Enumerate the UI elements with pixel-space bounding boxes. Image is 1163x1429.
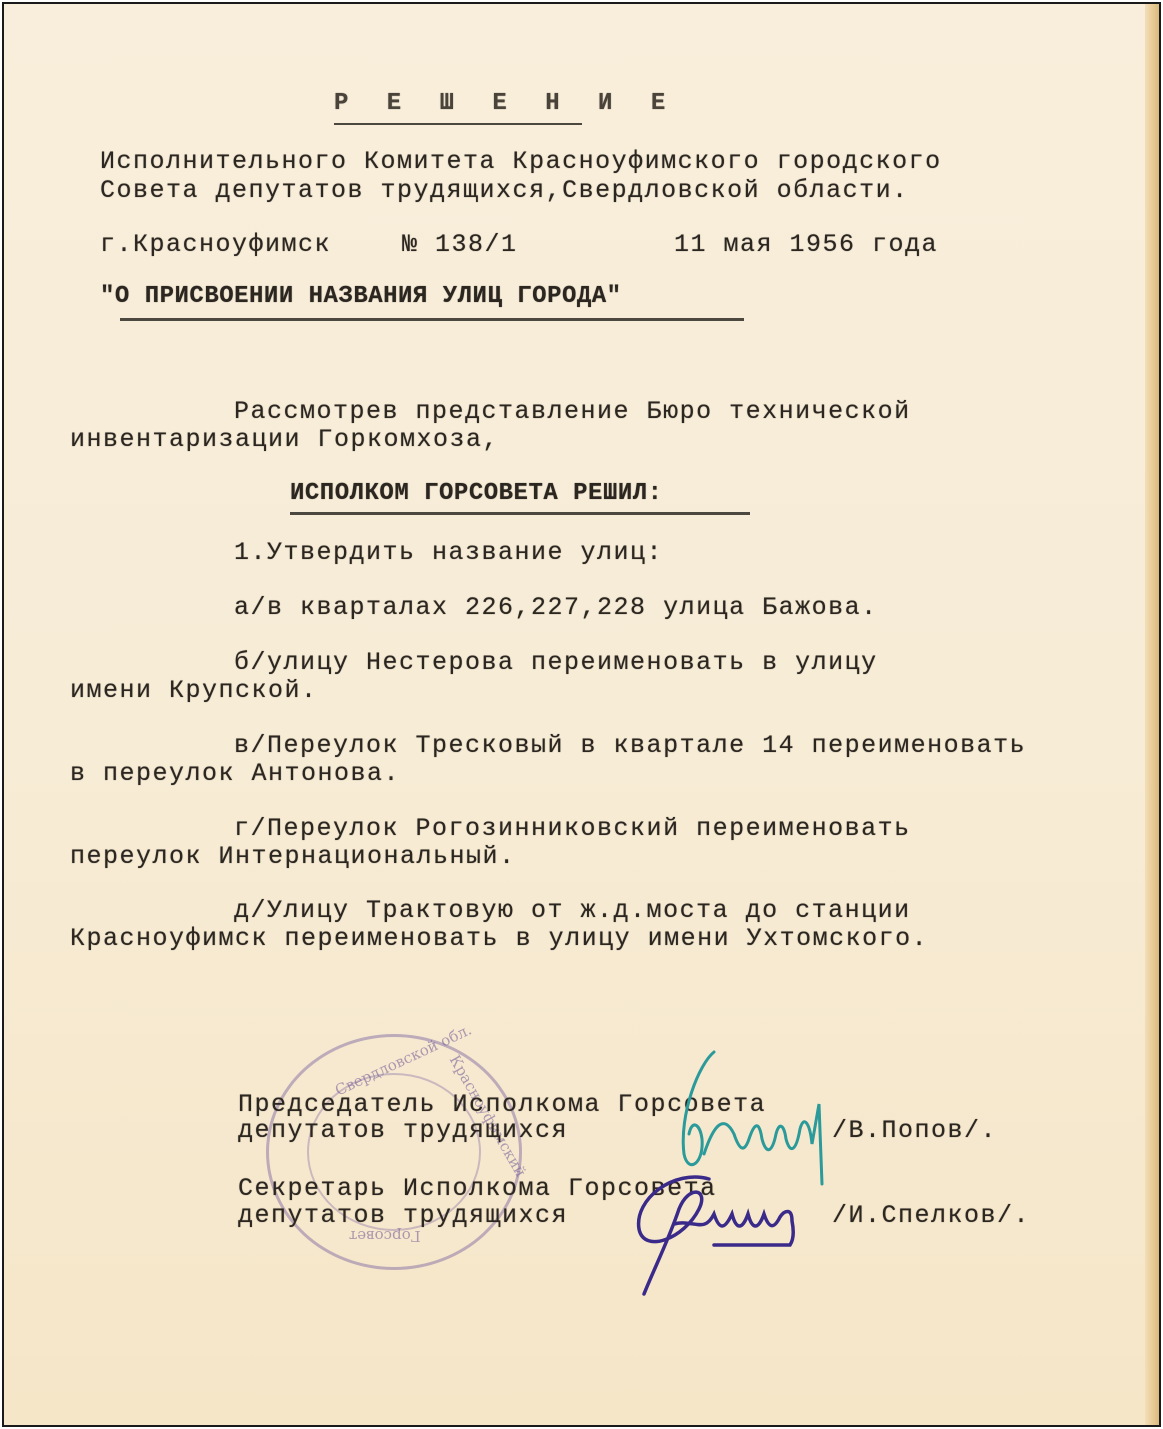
item-b-line-1: б/улицу Нестерова переименовать в улицу	[234, 650, 878, 675]
item-a-line-1: а/в кварталах 226,227,228 улица Бажова.	[234, 595, 878, 620]
item-d-line-2: Красноуфимск переименовать в улицу имени…	[70, 926, 928, 951]
item-1: 1.Утвердить название улиц:	[234, 540, 663, 565]
item-b-line-2: имени Крупской.	[70, 678, 318, 703]
item-v-line-2: в переулок Антонова.	[70, 761, 400, 786]
resolved-heading: ИСПОЛКОМ ГОРСОВЕТА РЕШИЛ:	[290, 482, 663, 506]
official-stamp: Свердловской обл. Красноуфимский Горсове…	[266, 1034, 522, 1270]
document-number: № 138/1	[402, 232, 518, 257]
secretary-title-line-2: депутатов трудящихся	[238, 1203, 568, 1228]
preamble-line-2: инвентаризации Горкомхоза,	[70, 427, 499, 452]
document-title: Р Е Ш Е Н И Е	[334, 92, 677, 116]
subject-underline	[120, 318, 744, 321]
preamble-line-1: Рассмотрев представление Бюро техническо…	[234, 399, 911, 424]
item-v-line-1: в/Переулок Тресковый в квартале 14 переи…	[234, 733, 1026, 758]
issuer-line-1: Исполнительного Комитета Красноуфимского…	[100, 149, 942, 174]
document-date: 11 мая 1956 года	[674, 232, 938, 257]
item-g-line-1: г/Переулок Рогозинниковский переименоват…	[234, 816, 911, 841]
secretary-name: /И.Спелков/.	[832, 1203, 1030, 1228]
issuer-line-2: Совета депутатов трудящихся,Свердловской…	[100, 178, 909, 203]
resolved-underline	[290, 512, 750, 515]
subject-title: "О ПРИСВОЕНИИ НАЗВАНИЯ УЛИЦ ГОРОДА"	[100, 285, 622, 309]
chairman-name: /В.Попов/.	[832, 1118, 997, 1143]
document-page: Р Е Ш Е Н И Е Исполнительного Комитета К…	[2, 2, 1161, 1427]
chairman-title-line-2: депутатов трудящихся	[238, 1118, 568, 1143]
secretary-signature-icon	[614, 1159, 834, 1299]
item-g-line-2: переулок Интернациональный.	[70, 844, 516, 869]
city: г.Красноуфимск	[100, 232, 331, 257]
item-d-line-1: д/Улицу Трактовую от ж.д.моста до станци…	[234, 898, 911, 923]
title-underline	[334, 123, 582, 125]
